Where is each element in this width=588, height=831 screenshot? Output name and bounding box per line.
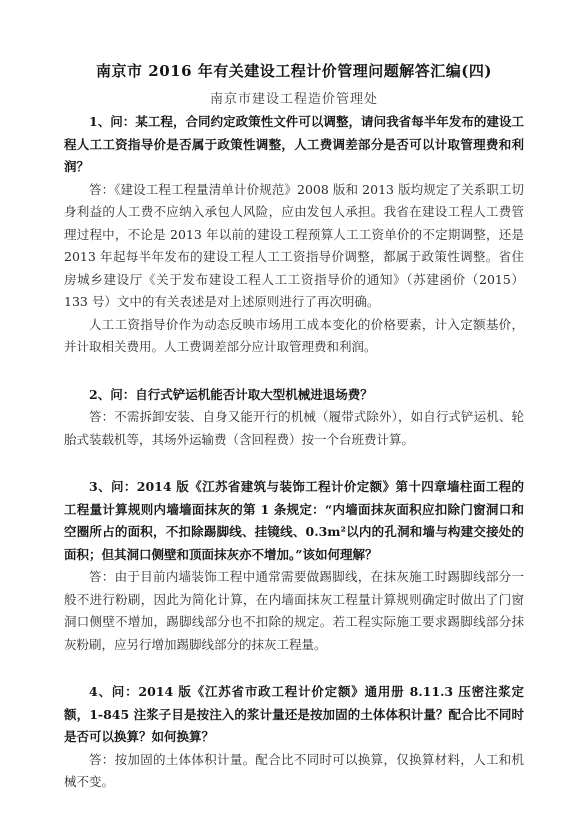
answer-paragraph: 答：由于目前内墙装饰工程中通常需要做踢脚线，在抹灰施工时踢脚线部分一般不进行粉刷… [64, 566, 524, 656]
document-title: 南京市 2016 年有关建设工程计价管理问题解答汇编(四) [64, 60, 524, 82]
answer-paragraph: 答：《建设工程工程量清单计价规范》2008 版和 2013 版均规定了关系职工切… [64, 179, 524, 314]
qa-block: 2、问：自行式铲运机能否计取大型机械进退场费？ 答：不需拆卸安装、自身又能开行的… [64, 384, 524, 452]
answer-paragraph: 答：不需拆卸安装、自身又能开行的机械（履带式除外），如自行式铲运机、轮胎式装载机… [64, 406, 524, 451]
qa-block: 4、问：2014 版《江苏省市政工程计价定额》通用册 8.11.3 压密注浆定额… [64, 681, 524, 794]
question-paragraph: 1、问：某工程，合同约定政策性文件可以调整，请问我省每半年发布的建设工程人工工资… [64, 111, 524, 179]
question-paragraph: 3、问：2014 版《江苏省建筑与装饰工程计价定额》第十四章墙柱面工程的工程量计… [64, 476, 524, 566]
qa-block: 1、问：某工程，合同约定政策性文件可以调整，请问我省每半年发布的建设工程人工工资… [64, 111, 524, 359]
qa-block: 3、问：2014 版《江苏省建筑与装饰工程计价定额》第十四章墙柱面工程的工程量计… [64, 476, 524, 656]
qa-list: 1、问：某工程，合同约定政策性文件可以调整，请问我省每半年发布的建设工程人工工资… [64, 111, 524, 794]
question-paragraph: 4、问：2014 版《江苏省市政工程计价定额》通用册 8.11.3 压密注浆定额… [64, 681, 524, 749]
question-paragraph: 2、问：自行式铲运机能否计取大型机械进退场费？ [64, 384, 524, 407]
answer-paragraph: 人工工资指导价作为动态反映市场用工成本变化的价格要素，计入定额基价，并计取相关费… [64, 314, 524, 359]
document-page: 南京市 2016 年有关建设工程计价管理问题解答汇编(四) 南京市建设工程造价管… [0, 0, 588, 831]
document-subtitle: 南京市建设工程造价管理处 [64, 89, 524, 111]
answer-paragraph: 答：按加固的土体体积计量。配合比不同时可以换算，仅换算材料，人工和机械不变。 [64, 749, 524, 794]
